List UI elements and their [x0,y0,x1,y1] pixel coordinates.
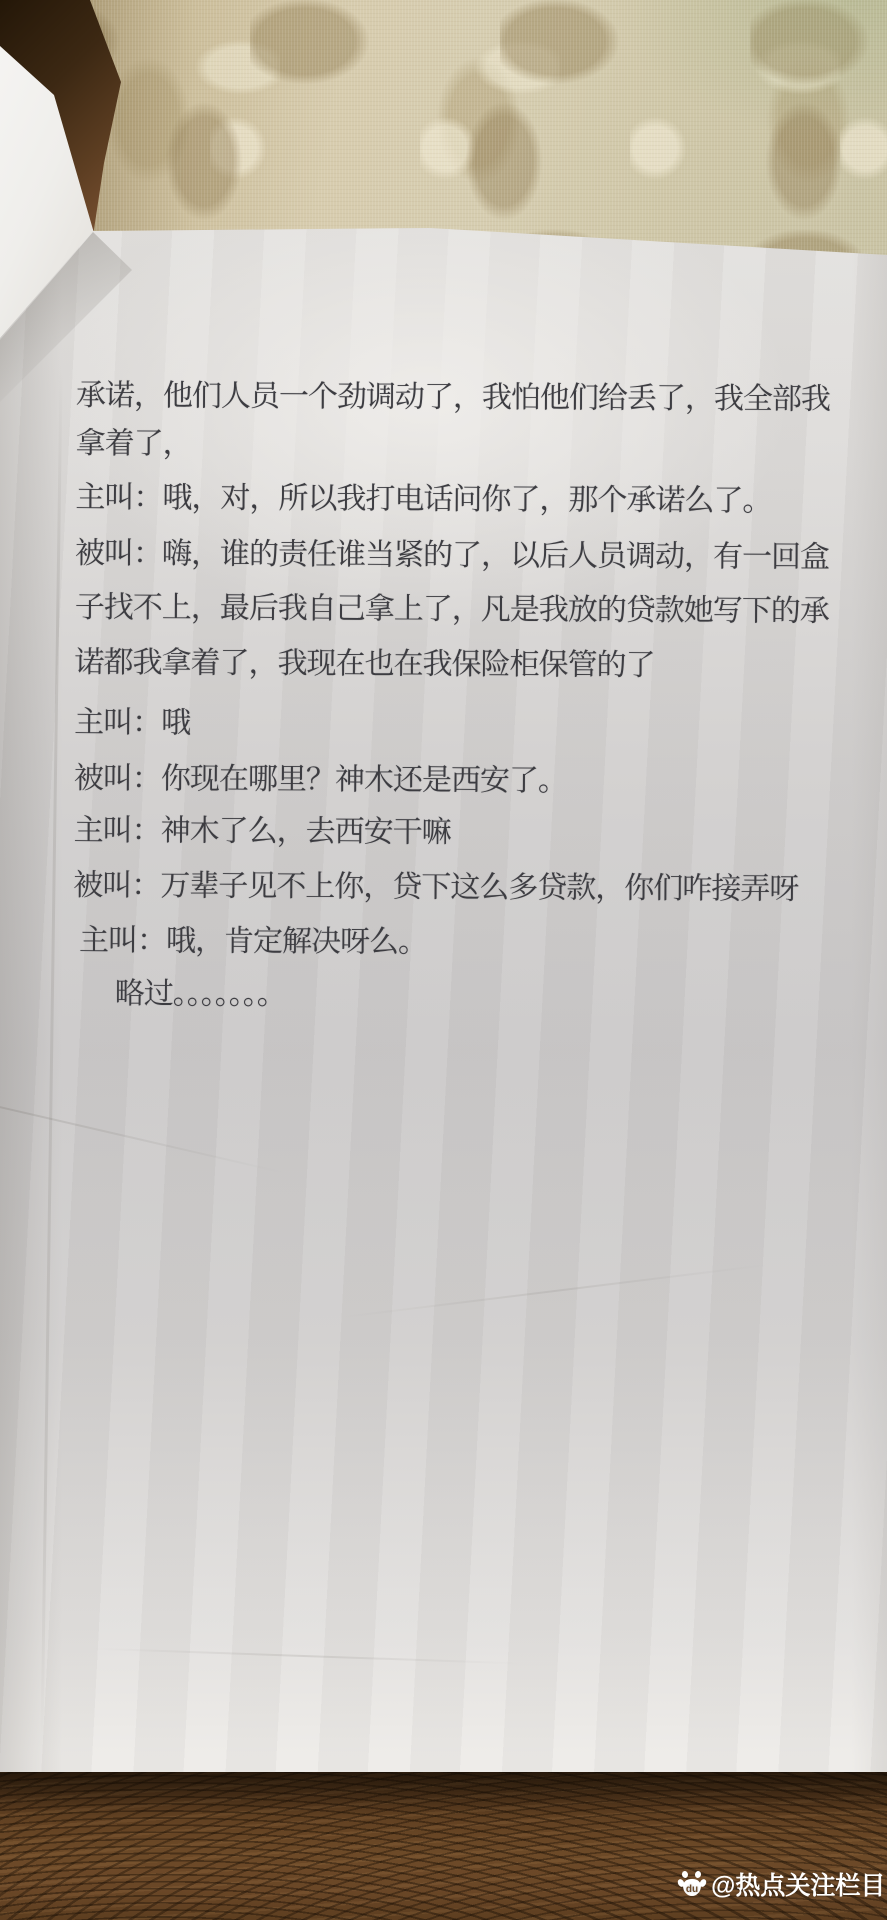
paw-du-text: du [686,1883,698,1896]
transcript-line: 主叫：神木了么，去西安干嘛 [74,805,451,851]
transcript-line: 被叫：万辈子见不上你，贷下这么多贷款，你们咋接弄呀 [73,860,798,908]
baidu-paw-icon: du [678,1870,706,1898]
photo-scene: 承诺，他们人员一个劲调动了，我怕他们给丢了，我全部我 拿着了， 主叫：哦，对，所… [0,0,887,1920]
watermark: du @热点关注栏目 [678,1866,885,1902]
transcript-line: 子找不上，最后我自己拿上了，凡是我放的贷款她写下的承 [75,582,829,630]
transcript-line: 拿着了， [76,418,192,463]
transcript-text: 承诺，他们人员一个劲调动了，我怕他们给丢了，我全部我 拿着了， 主叫：哦，对，所… [0,0,887,1814]
transcript-line: 主叫：哦，对，所以我打电话问你了，那个承诺么了。 [75,472,771,520]
transcript-line: 被叫：你现在哪里？神木还是西安了。 [74,753,567,800]
document-paper: 承诺，他们人员一个劲调动了，我怕他们给丢了，我全部我 拿着了， 主叫：哦，对，所… [0,0,887,1810]
transcript-line: 诺都我拿着了，我现在也在我保险柜保管的了 [74,637,654,684]
transcript-line: 承诺，他们人员一个劲调动了，我怕他们给丢了，我全部我 [76,370,830,418]
transcript-line: 略过。。。。。。。 [115,968,286,1013]
transcript-line: 主叫：哦，肯定解决呀么。 [79,915,427,961]
watermark-handle: @热点关注栏目 [711,1866,885,1902]
transcript-line: 被叫：嗨，谁的责任谁当紧的了，以后人员调动，有一回盒 [75,528,829,576]
transcript-line: 主叫：哦 [74,697,190,742]
